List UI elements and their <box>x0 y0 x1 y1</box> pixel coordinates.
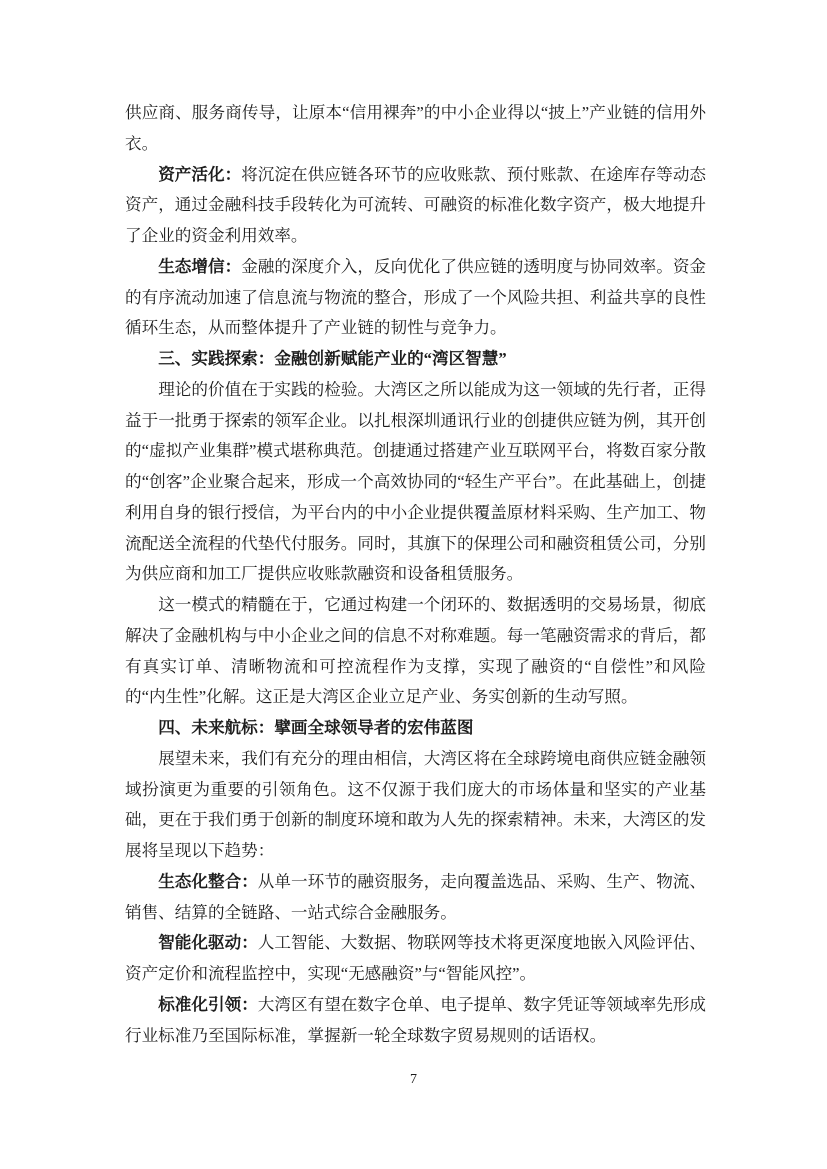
paragraph-lead: 智能化驱动： <box>158 933 258 952</box>
paragraph-lead: 生态化整合： <box>158 872 258 891</box>
heading-text: 四、未来航标：擘画全球领导者的宏伟蓝图 <box>158 718 473 737</box>
page-number: 7 <box>410 1072 417 1087</box>
page-footer: 7 <box>0 1072 827 1088</box>
document-page: 供应商、服务商传导，让原本“信用裸奔”的中小企业得以“披上”产业链的信用外衣。 … <box>0 0 827 1169</box>
paragraph-future-outlook: 展望未来，我们有充分的理由相信，大湾区将在全球跨境电商供应链金融领域扮演更为重要… <box>125 744 706 867</box>
paragraph-lead: 生态增信： <box>158 257 241 276</box>
heading-section-3: 三、实践探索：金融创新赋能产业的“湾区智慧” <box>125 344 706 375</box>
paragraph-text: 供应商、服务商传导，让原本“信用裸奔”的中小企业得以“披上”产业链的信用外衣。 <box>125 103 706 153</box>
paragraph-text: 理论的价值在于实践的检验。大湾区之所以能成为这一领域的先行者，正得益于一批勇于探… <box>125 380 706 584</box>
paragraph-text: 这一模式的精髓在于，它通过构建一个闭环的、数据透明的交易场景，彻底解决了金融机构… <box>125 595 706 706</box>
paragraph-standardization: 标准化引领：大湾区有望在数字仓单、电子提单、数字凭证等领域率先形成行业标准乃至国… <box>125 990 706 1052</box>
paragraph-asset-activation: 资产活化：将沉淀在供应链各环节的应收账款、预付账款、在途库存等动态资产，通过金融… <box>125 160 706 252</box>
paragraph-eco-credit: 生态增信：金融的深度介入，反向优化了供应链的透明度与协同效率。资金的有序流动加速… <box>125 252 706 344</box>
paragraph-intelligent-drive: 智能化驱动：人工智能、大数据、物联网等技术将更深度地嵌入风险评估、资产定价和流程… <box>125 928 706 990</box>
paragraph-eco-integration: 生态化整合：从单一环节的融资服务，走向覆盖选品、采购、生产、物流、销售、结算的全… <box>125 867 706 929</box>
heading-text: 三、实践探索：金融创新赋能产业的“湾区智慧” <box>158 349 506 368</box>
heading-section-4: 四、未来航标：擘画全球领导者的宏伟蓝图 <box>125 713 706 744</box>
paragraph-text: 展望未来，我们有充分的理由相信，大湾区将在全球跨境电商供应链金融领域扮演更为重要… <box>125 749 706 860</box>
paragraph-lead: 标准化引领： <box>158 995 258 1014</box>
paragraph-practice-example: 理论的价值在于实践的检验。大湾区之所以能成为这一领域的先行者，正得益于一批勇于探… <box>125 375 706 590</box>
page-body: 供应商、服务商传导，让原本“信用裸奔”的中小企业得以“披上”产业链的信用外衣。 … <box>125 98 706 1051</box>
paragraph-lead: 资产活化： <box>158 165 241 184</box>
paragraph-model-essence: 这一模式的精髓在于，它通过构建一个闭环的、数据透明的交易场景，彻底解决了金融机构… <box>125 590 706 713</box>
paragraph-continuation: 供应商、服务商传导，让原本“信用裸奔”的中小企业得以“披上”产业链的信用外衣。 <box>125 98 706 160</box>
